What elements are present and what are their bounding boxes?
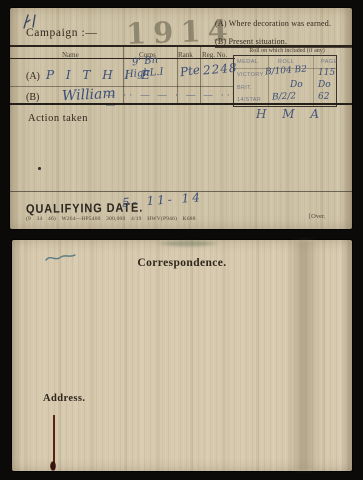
medal-roll-box: MEDAL ROLL PAGE VICTORY BRIT. 14/STAR B/… xyxy=(233,55,337,107)
medal-box-divider xyxy=(268,56,269,106)
medal-name-victory: VICTORY xyxy=(237,72,263,78)
action-taken-label: Action taken xyxy=(28,113,88,124)
campaign-label: Campaign :— xyxy=(26,27,97,39)
address-label: Address. xyxy=(43,393,85,404)
column-header-roll: Roll on which included (if any) xyxy=(242,48,332,55)
scan-shadow xyxy=(290,240,320,471)
correspondence-card: Correspondence. Address. xyxy=(12,240,352,471)
page-value-victory: 115 xyxy=(318,68,335,78)
page-value-british: Do xyxy=(318,80,331,90)
regimental-number-handwritten: 2248 xyxy=(202,61,238,78)
over-note: [Over. xyxy=(309,213,325,220)
corps-line2-handwritten: HighL.I xyxy=(125,67,164,81)
medal-index-card: Campaign :— 1914 (A) Where decoration wa… xyxy=(10,8,352,229)
red-ink-blot xyxy=(50,461,56,471)
roll-value-star: B/2/2 xyxy=(272,91,297,102)
row-a-label: (A) xyxy=(26,71,40,82)
scanned-medal-card-page: Campaign :— 1914 (A) Where decoration wa… xyxy=(0,0,363,480)
medal-box-header-roll: ROLL xyxy=(278,59,294,65)
correspondence-title: Correspondence. xyxy=(12,257,352,269)
medal-box-header-page: PAGE xyxy=(321,59,338,65)
ink-smudge xyxy=(157,240,219,247)
row-divider xyxy=(10,86,233,87)
action-note-handwritten: H M A xyxy=(256,107,325,121)
medal-box-divider xyxy=(313,56,314,106)
campaign-rule xyxy=(10,45,352,47)
roll-value-victory: B/104 B2 xyxy=(265,65,308,78)
ditto-dashes: — ·· — — · — — ·· — xyxy=(106,90,240,110)
ink-speck xyxy=(38,167,41,170)
row-b-label: (B) xyxy=(26,92,39,103)
form-imprint: (9 34 46) W264—HP5400 300,000 4/19 HWV(P… xyxy=(26,216,196,222)
qualifying-date-handwritten: 5- 11- 14 xyxy=(122,190,204,210)
medal-box-header-medal: MEDAL xyxy=(237,59,258,65)
page-value-star: 62 xyxy=(318,92,329,102)
rank-handwritten: Pte xyxy=(179,63,201,80)
note-where-decoration-earned: (A) Where decoration was earned. xyxy=(215,19,331,28)
roll-value-british: Do xyxy=(290,80,303,90)
heavy-rule xyxy=(10,103,352,105)
